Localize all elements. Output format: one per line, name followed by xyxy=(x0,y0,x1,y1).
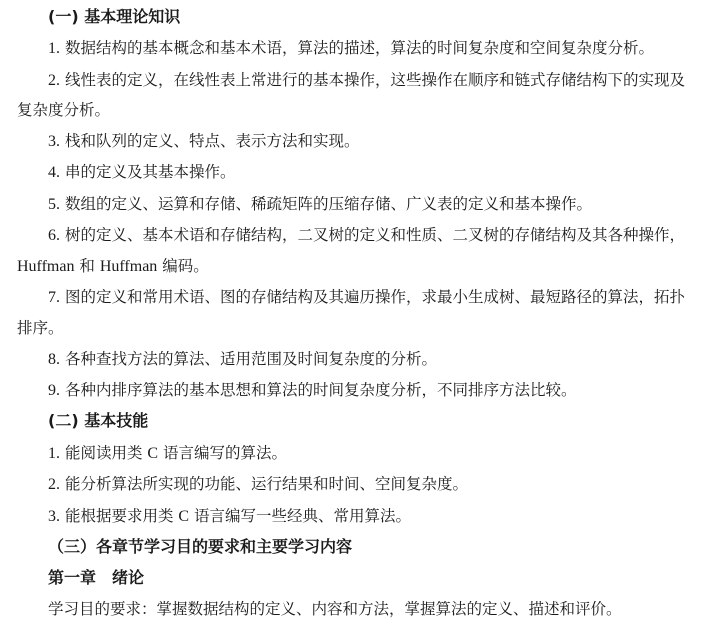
item-text: 能阅读用类 xyxy=(65,444,147,462)
list-item: 1. 数据结构的基本概念和基本术语，算法的描述，算法的时间复杂度和空间复杂度分析… xyxy=(48,38,654,58)
item-text: 数组的定义、运算和存储、稀疏矩阵的压缩存储、广义表的定义和基本操作。 xyxy=(65,195,592,213)
list-item: 3. 能根据要求用类 C 语言编写一些经典、常用算法。 xyxy=(48,506,411,526)
item-text: 串的定义及其基本操作。 xyxy=(65,163,236,181)
list-item: 8. 各种查找方法的算法、适用范围及时间复杂度的分析。 xyxy=(48,349,437,369)
item-number: 1. xyxy=(48,40,60,57)
item-number: 2. xyxy=(48,72,60,89)
item-text: 语言编写一些经典、常用算法。 xyxy=(189,507,411,525)
item-text: 栈和队列的定义、特点、表示方法和实现。 xyxy=(65,132,360,150)
item-number: 2. xyxy=(48,476,60,493)
list-item: 3. 栈和队列的定义、特点、表示方法和实现。 xyxy=(48,131,359,151)
chapter-goal: 学习目的要求：掌握数据结构的定义、内容和方法，掌握算法的定义、描述和评价。 xyxy=(48,599,622,619)
list-item: 2. 线性表的定义，在线性表上常进行的基本操作，这些操作在顺序和链式存储结构下的… xyxy=(48,70,685,90)
item-text: 各种查找方法的算法、适用范围及时间复杂度的分析。 xyxy=(65,350,437,368)
item-continuation: Huffman 和 Huffman 编码。 xyxy=(17,256,209,276)
item-text: 数据结构的基本概念和基本术语，算法的描述，算法的时间复杂度和空间复杂度分析。 xyxy=(65,39,654,57)
item-number: 3. xyxy=(48,133,60,150)
item-number: 3. xyxy=(48,508,60,525)
item-text-end: 编码。 xyxy=(157,257,208,275)
section-heading-chapters: （三）各章节学习目的要求和主要学习内容 xyxy=(48,537,352,557)
conjunction: 和 xyxy=(74,257,99,275)
item-number: 7. xyxy=(48,289,60,306)
section-heading-theory: (一) 基本理论知识 xyxy=(48,7,180,27)
list-item: 1. 能阅读用类 C 语言编写的算法。 xyxy=(48,443,287,463)
item-continuation: 排序。 xyxy=(17,318,64,338)
item-text: 线性表的定义，在线性表上常进行的基本操作，这些操作在顺序和链式存储结构下的实现及 xyxy=(65,71,685,89)
item-number: 6. xyxy=(48,227,60,244)
list-item: 4. 串的定义及其基本操作。 xyxy=(48,162,235,182)
huffman-term: Huffman xyxy=(17,258,74,275)
item-text: 能分析算法所实现的功能、运行结果和时间、空间复杂度。 xyxy=(65,475,468,493)
list-item: 7. 图的定义和常用术语、图的存储结构及其遍历操作，求最小生成树、最短路径的算法… xyxy=(48,287,685,307)
item-number: 9. xyxy=(48,382,60,399)
list-item: 5. 数组的定义、运算和存储、稀疏矩阵的压缩存储、广义表的定义和基本操作。 xyxy=(48,194,592,214)
item-text: 各种内排序算法的基本思想和算法的时间复杂度分析，不同排序方法比较。 xyxy=(65,381,577,399)
huffman-term: Huffman xyxy=(100,258,157,275)
item-text: 语言编写的算法。 xyxy=(158,444,287,462)
chapter-title: 第一章 绪论 xyxy=(48,568,144,588)
section-heading-skills: (二) 基本技能 xyxy=(48,411,148,431)
c-language-term: C xyxy=(147,445,158,462)
c-language-term: C xyxy=(178,508,189,525)
list-item: 2. 能分析算法所实现的功能、运行结果和时间、空间复杂度。 xyxy=(48,474,468,494)
item-continuation: 复杂度分析。 xyxy=(17,100,110,120)
item-text: 图的定义和常用术语、图的存储结构及其遍历操作，求最小生成树、最短路径的算法，拓扑 xyxy=(65,288,685,306)
item-text: 能根据要求用类 xyxy=(65,507,178,525)
item-text: 树的定义、基本术语和存储结构，二叉树的定义和性质、二叉树的存储结构及其各种操作， xyxy=(65,226,685,244)
list-item: 6. 树的定义、基本术语和存储结构，二叉树的定义和性质、二叉树的存储结构及其各种… xyxy=(48,225,685,245)
item-number: 5. xyxy=(48,196,60,213)
item-number: 1. xyxy=(48,445,60,462)
item-number: 8. xyxy=(48,351,60,368)
item-number: 4. xyxy=(48,164,60,181)
list-item: 9. 各种内排序算法的基本思想和算法的时间复杂度分析，不同排序方法比较。 xyxy=(48,380,576,400)
